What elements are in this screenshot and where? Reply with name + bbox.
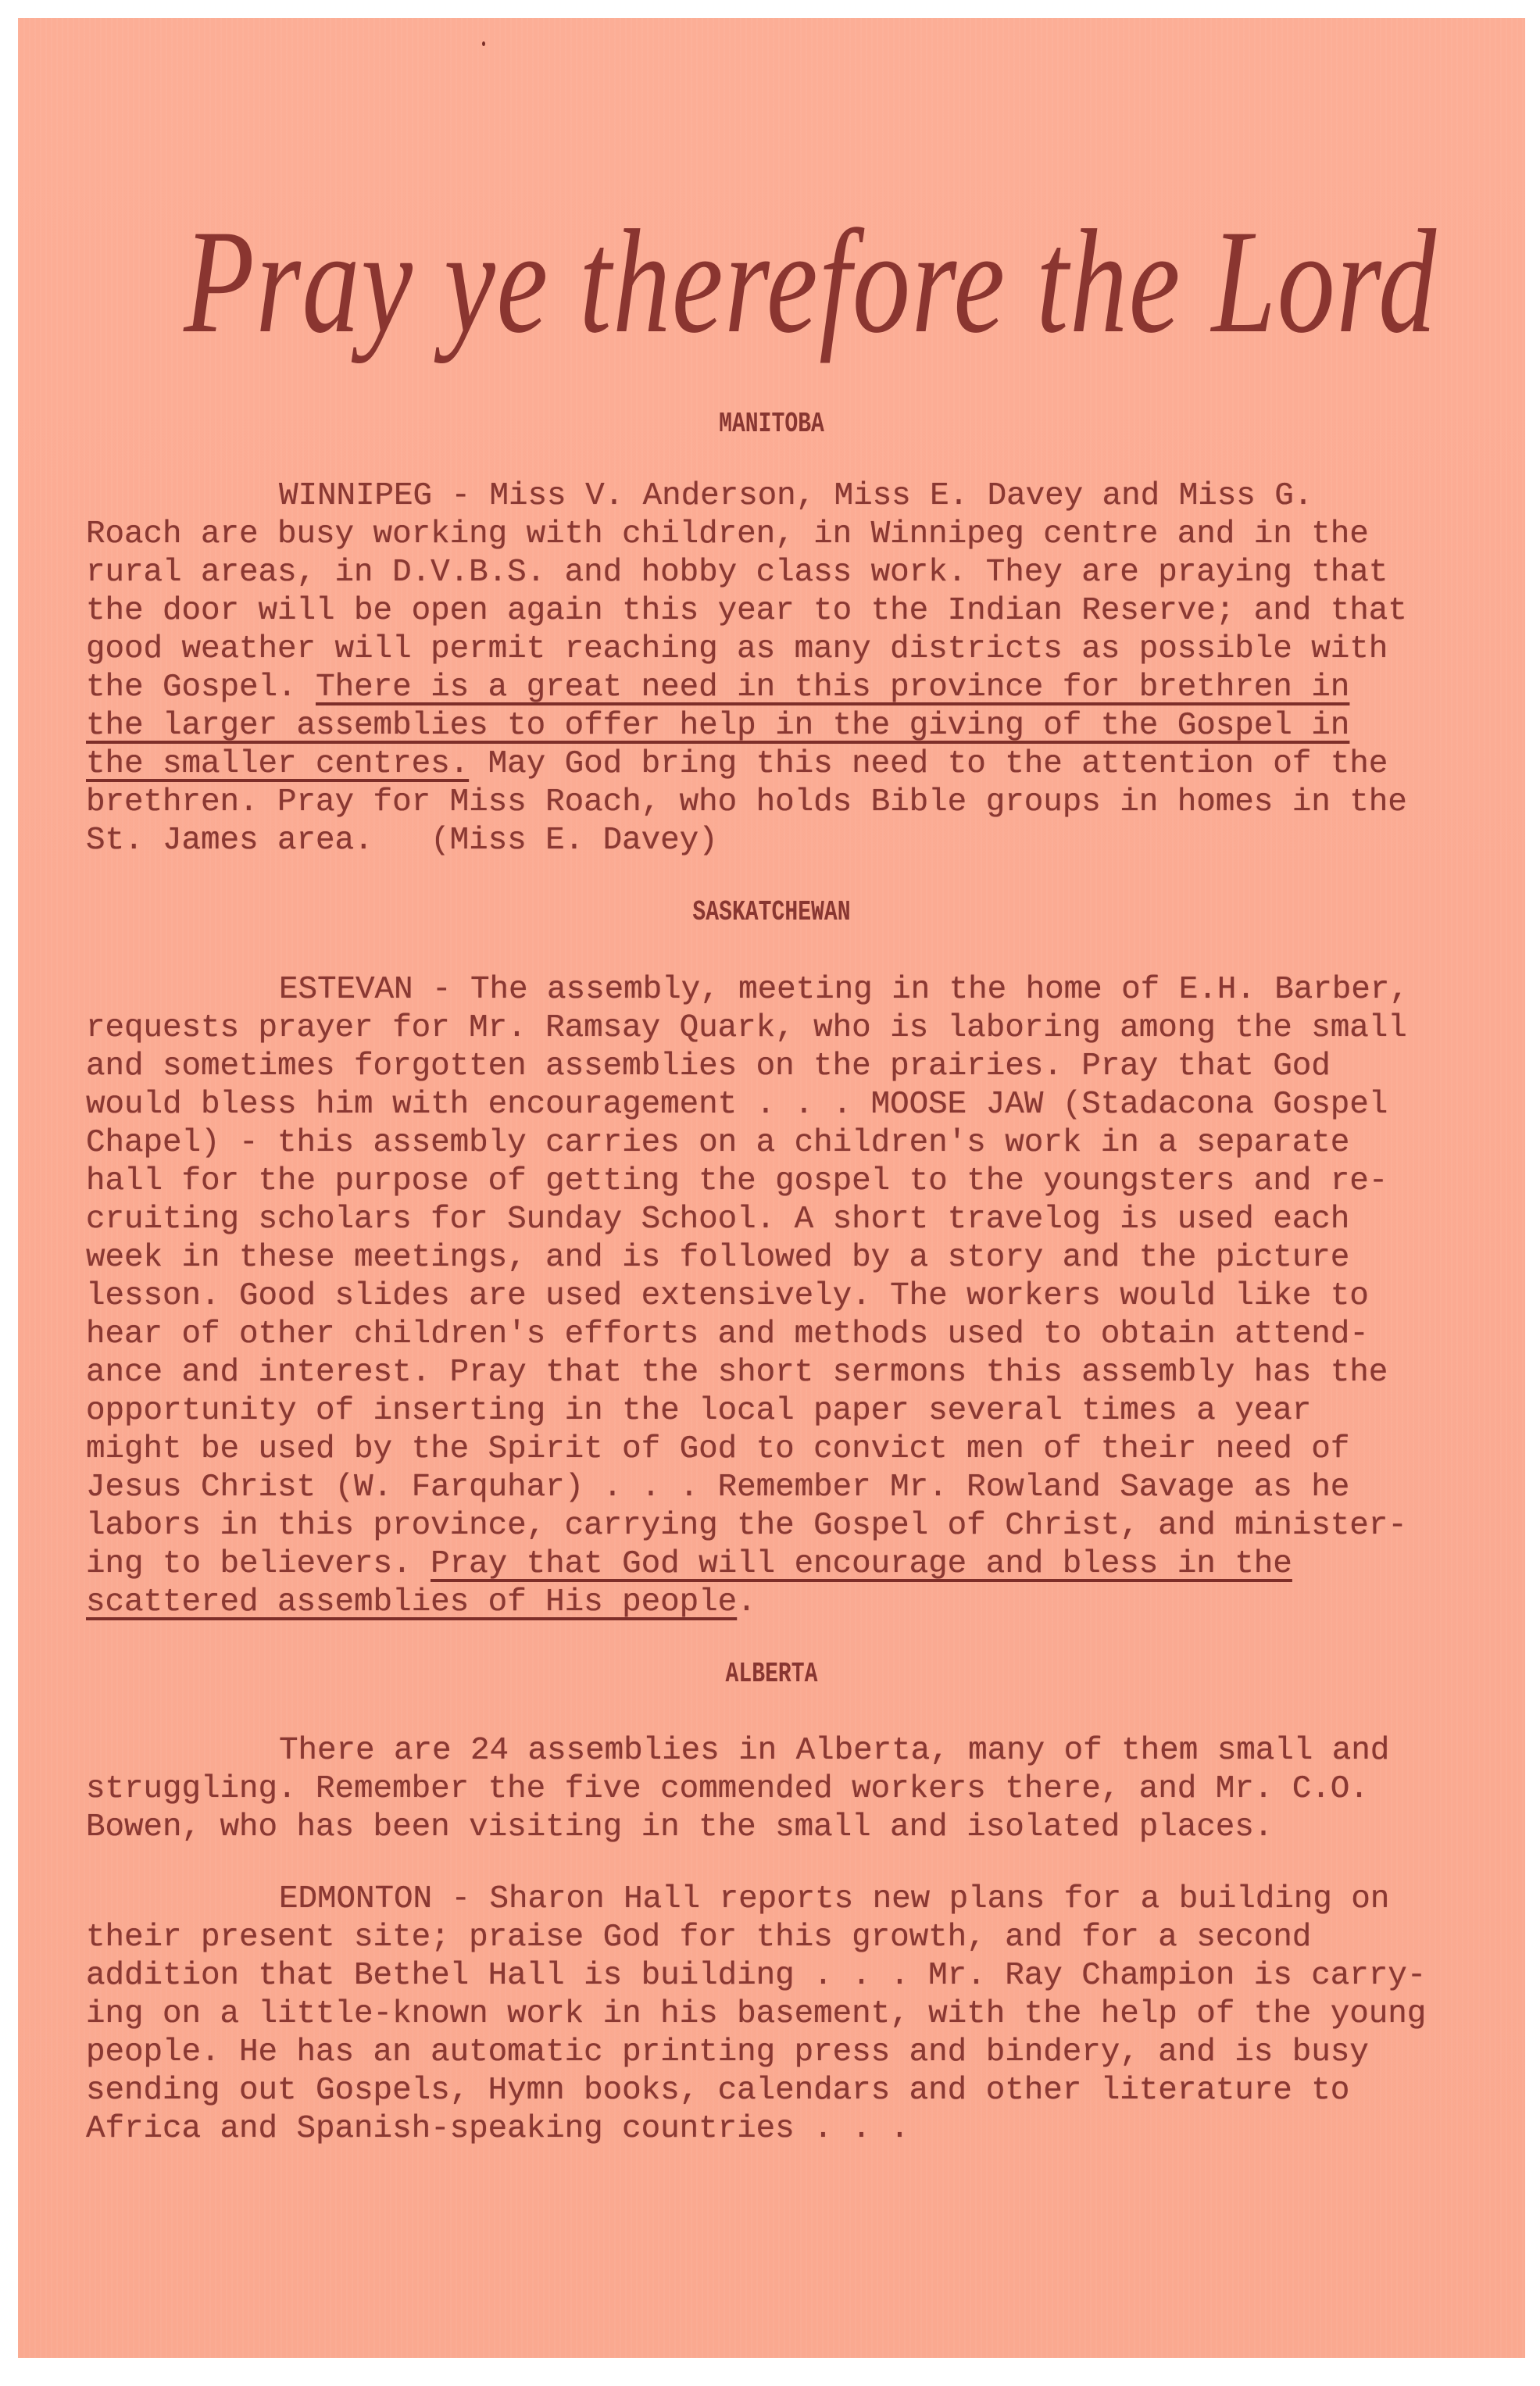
text-segment: good weather will permit reaching as man…: [86, 631, 1388, 667]
text-line: St. James area. (Miss E. Davey): [86, 822, 718, 859]
text-segment: Chapel) - this assembly carries on a chi…: [86, 1125, 1349, 1161]
text-line: would bless him with encouragement . . .…: [86, 1086, 1388, 1123]
text-line: cruiting scholars for Sunday School. A s…: [86, 1201, 1349, 1238]
text-segment: hall for the purpose of getting the gosp…: [86, 1163, 1388, 1199]
document-page: Pray ye therefore the Lord MANITOBA WINN…: [18, 18, 1525, 2358]
text-segment: people. He has an automatic printing pre…: [86, 2034, 1369, 2070]
text-segment: cruiting scholars for Sunday School. A s…: [86, 1202, 1349, 1238]
text-segment: St. James area. (Miss E. Davey): [86, 823, 718, 859]
text-segment: ing to believers.: [86, 1546, 431, 1582]
text-segment: ESTEVAN - The assembly, meeting in the h…: [279, 972, 1409, 1008]
text-line: EDMONTON - Sharon Hall reports new plans…: [279, 1881, 1389, 1918]
text-line: brethren. Pray for Miss Roach, who holds…: [86, 784, 1407, 821]
text-line: sending out Gospels, Hymn books, calenda…: [86, 2072, 1349, 2109]
text-line: Bowen, who has been visiting in the smal…: [86, 1809, 1273, 1846]
text-line: addition that Bethel Hall is building . …: [86, 1957, 1426, 1995]
text-line: Roach are busy working with children, in…: [86, 516, 1369, 553]
text-line: the Gospel. There is a great need in thi…: [86, 669, 1349, 706]
text-line: people. He has an automatic printing pre…: [86, 2034, 1369, 2071]
text-segment: rural areas, in D.V.B.S. and hobby class…: [86, 555, 1388, 591]
text-line: hall for the purpose of getting the gosp…: [86, 1163, 1388, 1200]
text-line: their present site; praise God for this …: [86, 1919, 1311, 1956]
text-segment: the Gospel.: [86, 670, 316, 705]
text-line: Jesus Christ (W. Farquhar) . . . Remembe…: [86, 1469, 1349, 1506]
underlined-text: Pray that God will encourage and bless i…: [431, 1546, 1292, 1582]
section-heading-saskatchewan: SASKATCHEWAN: [184, 894, 1360, 931]
section-heading-manitoba: MANITOBA: [184, 405, 1360, 443]
text-line: struggling. Remember the five commended …: [86, 1770, 1369, 1808]
text-segment: .: [737, 1584, 756, 1620]
text-segment: their present site; praise God for this …: [86, 1920, 1311, 1956]
text-segment: WINNIPEG - Miss V. Anderson, Miss E. Dav…: [279, 478, 1313, 514]
text-line: might be used by the Spirit of God to co…: [86, 1431, 1349, 1468]
text-segment: the door will be open again this year to…: [86, 593, 1407, 629]
text-segment: hear of other children's efforts and met…: [86, 1316, 1369, 1352]
underlined-text: the smaller centres.: [86, 746, 469, 782]
text-line: scattered assemblies of His people.: [86, 1584, 756, 1621]
text-line: good weather will permit reaching as man…: [86, 630, 1388, 668]
text-segment: struggling. Remember the five commended …: [86, 1771, 1369, 1807]
text-segment: might be used by the Spirit of God to co…: [86, 1431, 1349, 1467]
text-line: ing to believers. Pray that God will enc…: [86, 1545, 1292, 1583]
text-line: labors in this province, carrying the Go…: [86, 1507, 1407, 1545]
text-segment: opportunity of inserting in the local pa…: [86, 1393, 1311, 1429]
text-segment: EDMONTON - Sharon Hall reports new plans…: [279, 1881, 1389, 1917]
underlined-text: scattered assemblies of His people: [86, 1584, 737, 1620]
text-segment: There are 24 assemblies in Alberta, many…: [279, 1733, 1389, 1769]
text-line: ing on a little-known work in his baseme…: [86, 1995, 1426, 2033]
text-line: the smaller centres. May God bring this …: [86, 745, 1388, 783]
text-line: Africa and Spanish-speaking countries . …: [86, 2110, 909, 2148]
text-segment: brethren. Pray for Miss Roach, who holds…: [86, 784, 1407, 820]
text-line: the larger assemblies to offer help in t…: [86, 707, 1349, 745]
text-line: the door will be open again this year to…: [86, 592, 1407, 630]
text-line: There are 24 assemblies in Alberta, many…: [279, 1732, 1389, 1770]
underlined-text: the larger assemblies to offer help in t…: [86, 708, 1349, 744]
text-segment: sending out Gospels, Hymn books, calenda…: [86, 2073, 1349, 2109]
text-segment: ance and interest. Pray that the short s…: [86, 1355, 1388, 1391]
text-line: requests prayer for Mr. Ramsay Quark, wh…: [86, 1009, 1407, 1047]
page-title: Pray ye therefore the Lord: [184, 204, 1360, 360]
text-segment: labors in this province, carrying the Go…: [86, 1508, 1407, 1544]
text-segment: Bowen, who has been visiting in the smal…: [86, 1809, 1273, 1845]
text-line: ESTEVAN - The assembly, meeting in the h…: [279, 971, 1409, 1009]
text-segment: Jesus Christ (W. Farquhar) . . . Remembe…: [86, 1470, 1349, 1506]
text-segment: lesson. Good slides are used extensively…: [86, 1278, 1369, 1314]
text-segment: week in these meetings, and is followed …: [86, 1240, 1349, 1276]
text-segment: Roach are busy working with children, in…: [86, 516, 1369, 552]
text-segment: and sometimes forgotten assemblies on th…: [86, 1048, 1331, 1084]
text-line: lesson. Good slides are used extensively…: [86, 1277, 1369, 1315]
text-segment: requests prayer for Mr. Ramsay Quark, wh…: [86, 1010, 1407, 1046]
text-line: and sometimes forgotten assemblies on th…: [86, 1048, 1331, 1085]
text-segment: ing on a little-known work in his baseme…: [86, 1996, 1426, 2032]
text-segment: addition that Bethel Hall is building . …: [86, 1958, 1426, 1994]
ink-speck: [482, 41, 485, 46]
text-line: week in these meetings, and is followed …: [86, 1239, 1349, 1277]
section-heading-alberta: ALBERTA: [184, 1656, 1360, 1693]
text-line: WINNIPEG - Miss V. Anderson, Miss E. Dav…: [279, 477, 1313, 515]
text-line: Chapel) - this assembly carries on a chi…: [86, 1124, 1349, 1162]
text-line: hear of other children's efforts and met…: [86, 1316, 1369, 1353]
underlined-text: There is a great need in this province f…: [316, 670, 1349, 705]
text-line: rural areas, in D.V.B.S. and hobby class…: [86, 554, 1388, 591]
text-line: ance and interest. Pray that the short s…: [86, 1354, 1388, 1391]
text-segment: Africa and Spanish-speaking countries . …: [86, 2111, 909, 2147]
text-line: opportunity of inserting in the local pa…: [86, 1392, 1311, 1430]
text-segment: May God bring this need to the attention…: [469, 746, 1388, 782]
text-segment: would bless him with encouragement . . .…: [86, 1087, 1388, 1123]
